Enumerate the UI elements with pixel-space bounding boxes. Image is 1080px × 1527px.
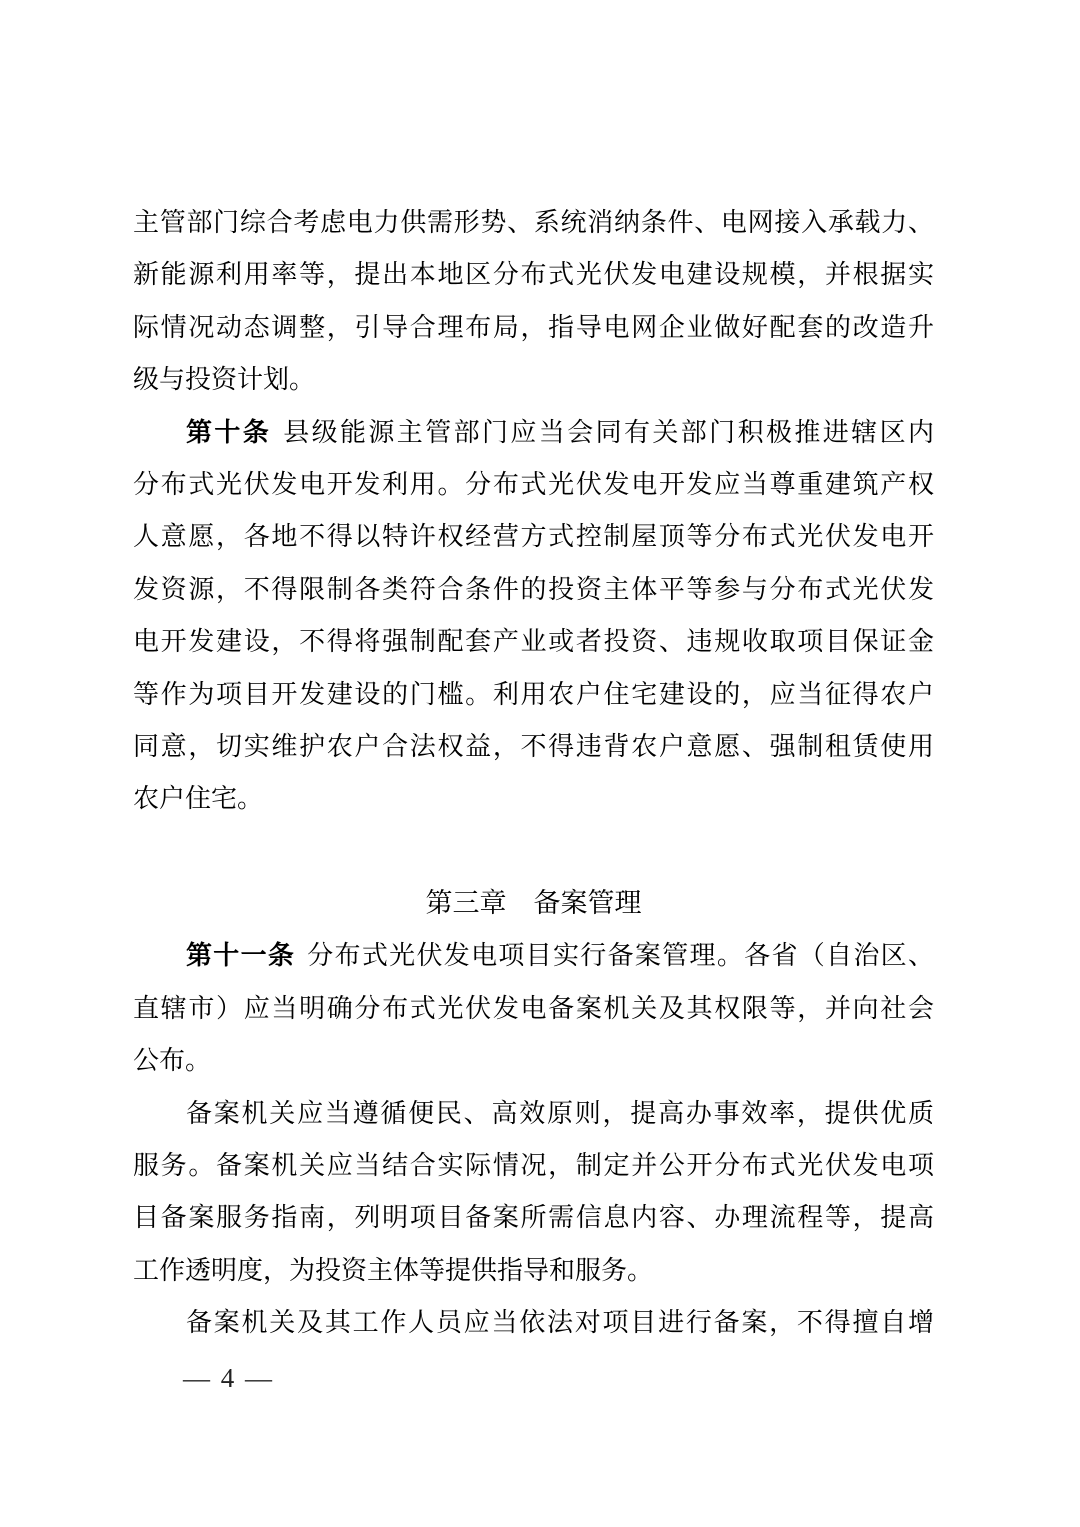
document-body: 主管部门综合考虑电力供需形势、系统消纳条件、电网接入承载力、 新能源利用率等，提…	[133, 196, 934, 1349]
body-line: 农户住宅。	[133, 772, 934, 824]
body-line: 级与投资计划。	[133, 353, 934, 405]
body-line: 分布式光伏发电开发利用。分布式光伏发电开发应当尊重建筑产权	[133, 458, 934, 510]
body-line: 服务。备案机关应当结合实际情况，制定并公开分布式光伏发电项	[133, 1139, 934, 1191]
body-line: 主管部门综合考虑电力供需形势、系统消纳条件、电网接入承载力、	[133, 196, 934, 248]
article-number: 第十条	[186, 417, 271, 447]
body-line: 工作透明度，为投资主体等提供指导和服务。	[133, 1244, 934, 1296]
body-line: 目备案服务指南，列明项目备案所需信息内容、办理流程等，提高	[133, 1191, 934, 1243]
article-text: 分布式光伏发电项目实行备案管理。各省（自治区、	[307, 940, 934, 970]
body-line: 直辖市）应当明确分布式光伏发电备案机关及其权限等，并向社会	[133, 982, 934, 1034]
article-first-line: 第十条县级能源主管部门应当会同有关部门积极推进辖区内	[133, 406, 934, 458]
body-line: 等作为项目开发建设的门槛。利用农户住宅建设的，应当征得农户	[133, 668, 934, 720]
document-page: 主管部门综合考虑电力供需形势、系统消纳条件、电网接入承载力、 新能源利用率等，提…	[0, 0, 1080, 1527]
body-line: 备案机关应当遵循便民、高效原则，提高办事效率，提供优质	[133, 1087, 934, 1139]
body-line: 备案机关及其工作人员应当依法对项目进行备案，不得擅自增	[133, 1296, 934, 1348]
blank-line	[133, 825, 934, 877]
page-number: — 4 —	[183, 1362, 274, 1394]
body-line: 发资源，不得限制各类符合条件的投资主体平等参与分布式光伏发	[133, 563, 934, 615]
article-number: 第十一条	[186, 940, 295, 970]
body-line: 新能源利用率等，提出本地区分布式光伏发电建设规模，并根据实	[133, 248, 934, 300]
chapter-heading: 第三章 备案管理	[133, 877, 934, 929]
article-text: 县级能源主管部门应当会同有关部门积极推进辖区内	[283, 417, 934, 447]
body-line: 际情况动态调整，引导合理布局，指导电网企业做好配套的改造升	[133, 301, 934, 353]
article-first-line: 第十一条分布式光伏发电项目实行备案管理。各省（自治区、	[133, 929, 934, 981]
body-line: 同意，切实维护农户合法权益，不得违背农户意愿、强制租赁使用	[133, 720, 934, 772]
body-line: 人意愿，各地不得以特许权经营方式控制屋顶等分布式光伏发电开	[133, 510, 934, 562]
body-line: 电开发建设，不得将强制配套产业或者投资、违规收取项目保证金	[133, 615, 934, 667]
body-line: 公布。	[133, 1034, 934, 1086]
